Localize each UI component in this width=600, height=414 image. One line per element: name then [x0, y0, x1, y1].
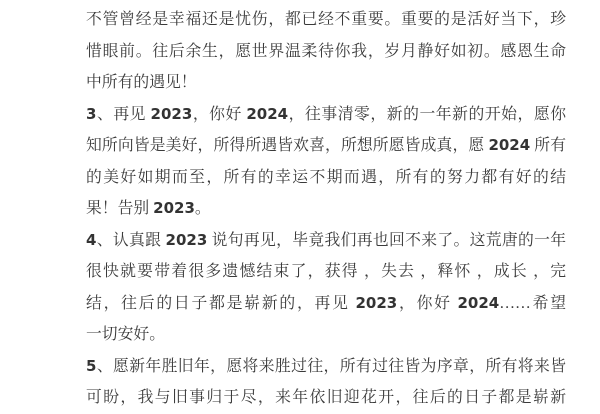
text-line: 不管曾经是幸福还是忧伤，都已经不重要。重要的是活好当下，珍	[86, 4, 566, 36]
text-line: 果！告别 2023。	[86, 193, 566, 225]
paragraph-item-4: 4、认真跟 2023 说句再见，毕竟我们再也回不来了。这荒唐的一年 很快就要带着…	[86, 225, 566, 351]
text-line: 3、再见 2023，你好 2024，往事清零，新的一年新的开始，愿你心	[86, 99, 566, 131]
text-line: 知所向皆是美好，所得所遇皆欢喜，所想所愿皆成真，愿 2024 所有	[86, 130, 566, 162]
document-page: 不管曾经是幸福还是忧伤，都已经不重要。重要的是活好当下，珍 惜眼前。往后余生，愿…	[86, 4, 566, 400]
text-line: 中所有的遇见！	[86, 67, 566, 99]
text-line: 4、认真跟 2023 说句再见，毕竟我们再也回不来了。这荒唐的一年	[86, 225, 566, 257]
text-line: 很快就要带着很多遗憾结束了，获得 ，失去 ，释怀 ，成长 ，完	[86, 256, 566, 288]
paragraph-item-3: 3、再见 2023，你好 2024，往事清零，新的一年新的开始，愿你心 知所向皆…	[86, 99, 566, 225]
text-line: 5、愿新年胜旧年，愿将来胜过往，所有过往皆为序章，所有将来皆	[86, 351, 566, 383]
text-line: 可盼，我与旧事归于尽，来年依旧迎花开，往后的日子都是崭新	[86, 382, 566, 400]
text-line: 惜眼前。往后余生，愿世界温柔待你我，岁月静好如初。感恩生命	[86, 36, 566, 68]
paragraph-intro: 不管曾经是幸福还是忧伤，都已经不重要。重要的是活好当下，珍 惜眼前。往后余生，愿…	[86, 4, 566, 99]
text-line: 结，往后的日子都是崭新的，再见 2023，你好 2024……希望 2024	[86, 288, 566, 320]
text-line: 的美好如期而至，所有的幸运不期而遇，所有的努力都有好的结	[86, 162, 566, 194]
text-line: 一切安好。	[86, 319, 566, 351]
paragraph-item-5: 5、愿新年胜旧年，愿将来胜过往，所有过往皆为序章，所有将来皆 可盼，我与旧事归于…	[86, 351, 566, 401]
